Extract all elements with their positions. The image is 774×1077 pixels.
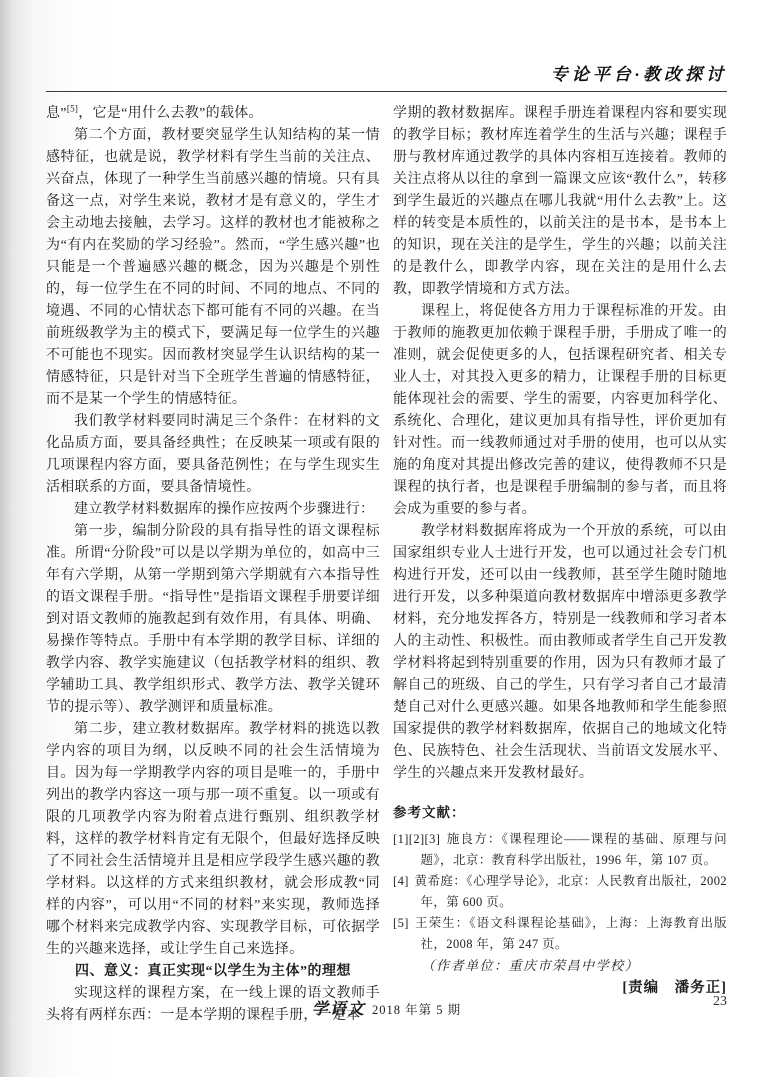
left-column: 息”[5]，它是“用什么去教”的载体。 第二个方面，教材要突显学生认知结构的某一… bbox=[46, 103, 380, 1027]
paragraph-text: ，它是“用什么去教”的载体。 bbox=[78, 106, 263, 121]
paragraph: 第二个方面，教材要突显学生认知结构的某一情感特征，也就是说，教学材料有学生当前的… bbox=[46, 125, 380, 411]
reference-text: 施良方：《课程理论——课程的基础、原理与问题》，北京：教育科学出版社，1996 … bbox=[421, 832, 728, 867]
issue-info: 2018 年第 5 期 bbox=[372, 1003, 461, 1017]
reference-label: [1][2][3] bbox=[393, 832, 440, 846]
reference-label: [5] bbox=[393, 916, 409, 930]
reference-text: 王荣生：《语文科课程论基础》，上海：上海教育出版社，2008 年，第 247 页… bbox=[414, 916, 727, 951]
right-column: 学期的教材数据库。课程手册连着课程内容和要实现的教学目标；教材库连着学生的生活与… bbox=[393, 103, 727, 1027]
header-rule bbox=[46, 91, 727, 92]
page-content: 专论平台·教改探讨 息”[5]，它是“用什么去教”的载体。 第二个方面，教材要突… bbox=[46, 60, 727, 1027]
paragraph-continuation: 学期的教材数据库。课程手册连着课程内容和要实现的教学目标；教材库连着学生的生活与… bbox=[393, 103, 727, 301]
references-heading: 参考文献： bbox=[393, 803, 727, 823]
paragraph: 建立教学材料数据库的操作应按两个步骤进行： bbox=[46, 499, 380, 521]
reference-item: [4]黄希庭：《心理学导论》，北京：人民教育出版社，2002 年，第 600 页… bbox=[393, 871, 727, 913]
two-column-body: 息”[5]，它是“用什么去教”的载体。 第二个方面，教材要突显学生认知结构的某一… bbox=[46, 103, 727, 1027]
paragraph: 第一步，编制分阶段的具有指导性的语文课程标准。所谓“分阶段”可以是以学期为单位的… bbox=[46, 521, 380, 719]
page-footer: 学语文2018 年第 5 期 23 bbox=[46, 996, 727, 1020]
page-number: 23 bbox=[713, 994, 727, 1010]
section-label: 专论平台·教改探讨 bbox=[551, 60, 727, 89]
reference-item: [1][2][3]施良方：《课程理论——课程的基础、原理与问题》，北京：教育科学… bbox=[393, 829, 727, 871]
paragraph: 我们教学材料要同时满足三个条件：在材料的文化品质方面，要具备经典性；在反映某一项… bbox=[46, 411, 380, 499]
references-list: [1][2][3]施良方：《课程理论——课程的基础、原理与问题》，北京：教育科学… bbox=[393, 829, 727, 955]
section-heading: 四、意义：真正实现“以学生为主体”的理想 bbox=[46, 961, 380, 983]
author-affiliation-note: （作者单位：重庆市荣昌中学校） bbox=[393, 955, 727, 977]
paragraph: 课程上，将促使各方用力于课程标准的开发。由于教师的施教更加依赖于课程手册，手册成… bbox=[393, 301, 727, 521]
page-header: 专论平台·教改探讨 bbox=[46, 60, 727, 89]
footer-journal-line: 学语文2018 年第 5 期 bbox=[46, 996, 727, 1019]
reference-label: [4] bbox=[393, 874, 409, 888]
paragraph: 第二步，建立教材数据库。教学材料的挑选以教学内容的项目为纲，以反映不同的社会生活… bbox=[46, 719, 380, 961]
journal-page: 专论平台·教改探讨 息”[5]，它是“用什么去教”的载体。 第二个方面，教材要突… bbox=[0, 0, 774, 1077]
reference-item: [5]王荣生：《语文科课程论基础》，上海：上海教育出版社，2008 年，第 24… bbox=[393, 913, 727, 955]
footnote-marker: [5] bbox=[67, 103, 78, 113]
paragraph-continuation: 息”[5]，它是“用什么去教”的载体。 bbox=[46, 103, 380, 125]
paragraph: 教学材料数据库将成为一个开放的系统，可以由国家组织专业人士进行开发，也可以通过社… bbox=[393, 521, 727, 785]
journal-logo: 学语文 bbox=[312, 1001, 366, 1018]
reference-text: 黄希庭：《心理学导论》，北京：人民教育出版社，2002 年，第 600 页。 bbox=[414, 874, 727, 909]
paragraph-text: 息” bbox=[46, 106, 67, 121]
